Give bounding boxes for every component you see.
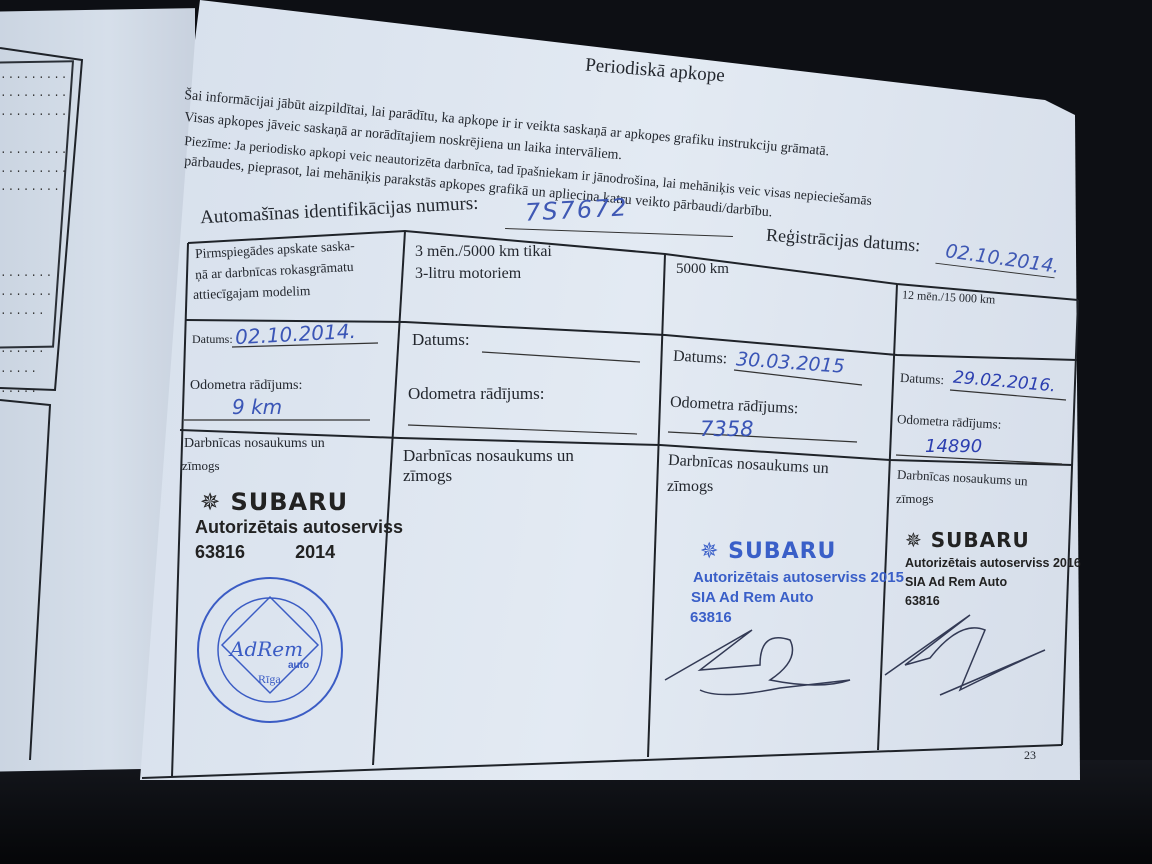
stamp-line: Autorizētais autoserviss (195, 518, 403, 537)
column-header: 3-litru motoriem (415, 264, 521, 283)
page-number: 23 (1024, 748, 1036, 763)
odometer-value: 14890 (925, 436, 982, 457)
workshop-label: zīmogs (403, 466, 452, 486)
odometer-value: 7358 (700, 417, 753, 441)
round-stamp-center: AdRem (230, 637, 303, 661)
stamp-line: SIA Ad Rem Auto (905, 575, 1007, 589)
stamp-line: 63816 (905, 594, 940, 608)
date-label: Datums: (900, 370, 945, 388)
odometer-value: 9 km (232, 395, 282, 419)
odometer-label: Odometra rādījums: (408, 384, 544, 404)
round-stamp-city: Rīga (258, 672, 281, 687)
subaru-stamp-logo: ✵ SUBARU (700, 539, 836, 564)
round-stamp-sub: auto (288, 660, 309, 671)
workshop-label: Darbnīcas nosaukums un (184, 436, 325, 452)
workshop-label: zīmogs (667, 478, 713, 496)
signatures (665, 615, 1045, 695)
workshop-label: Darbnīcas nosaukums un (403, 446, 574, 466)
odometer-label: Odometra rādījums: (190, 378, 302, 394)
stamp-line: Autorizētais autoserviss 2015 (693, 568, 904, 587)
workshop-label: zīmogs (182, 458, 220, 474)
date-label: Datums: (673, 348, 728, 369)
subaru-stamp-logo: ✵ SUBARU (200, 488, 348, 516)
vin-value: 7S7672 (524, 193, 629, 226)
workshop-label: zīmogs (896, 491, 934, 507)
column-header: 3 mēn./5000 km tikai (415, 242, 552, 261)
date-label: Datums: (412, 330, 470, 350)
column-header: 5000 km (676, 260, 729, 279)
stamp-line: 63816 2014 (195, 543, 335, 562)
subaru-stamp-logo: ✵ SUBARU (905, 528, 1030, 552)
date-label: Datums: (192, 332, 233, 347)
stamp-line: SIA Ad Rem Auto (691, 588, 814, 607)
service-record-page: Periodiskā apkope Šai informācijai jābūt… (0, 0, 1152, 864)
stamp-line: 63816 (690, 608, 732, 627)
stamp-line: Autorizētais autoserviss 2016 (905, 556, 1081, 570)
